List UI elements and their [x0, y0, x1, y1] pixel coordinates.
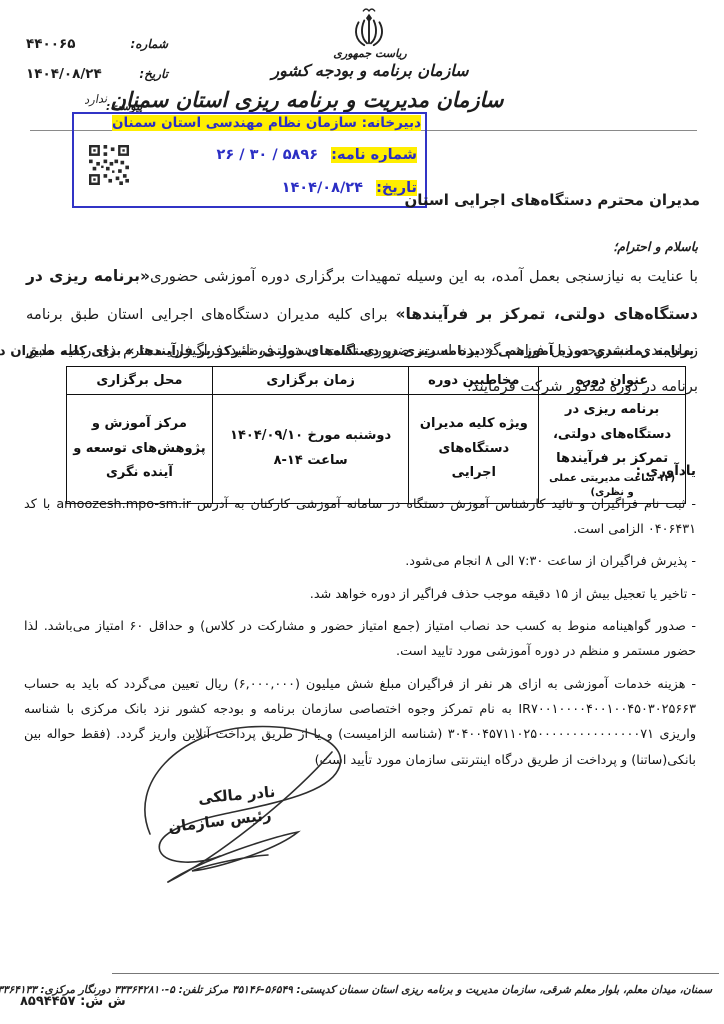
qr-code-icon: [89, 145, 129, 185]
schedule-header-row: عنوان دوره مخاطبین دوره زمان برگزاری محل…: [67, 367, 686, 395]
stamp-date-row: تاریخ: ۱۴۰۴/۰۸/۲۴: [282, 180, 417, 196]
footer-divider: [112, 973, 719, 974]
reminder-item: - پذیرش فراگیران از ساعت ۷:۳۰ الی ۸ انجا…: [24, 549, 696, 574]
col-audience: مخاطبین دوره: [409, 367, 539, 395]
org-country-title: سازمان برنامه و بودجه کشور: [250, 61, 490, 80]
col-course-title: عنوان دوره: [539, 367, 686, 395]
footer-tracking-number: ش ش: ۸۵۹۴۴۵۷: [20, 994, 126, 1009]
attachment-value-handwritten: ندارد: [84, 91, 108, 107]
stamp-letter-number-row: شماره نامه: ۵۸۹۶ / ۳۰ / ۲۶: [216, 147, 417, 163]
reminder-title: یادآوری :: [24, 458, 696, 485]
letter-number-label: شماره:: [130, 37, 168, 51]
secretariat-stamp: دبیرخانه: سازمان نظام مهندسی استان سمنان…: [72, 112, 427, 208]
col-time: زمان برگزاری: [212, 367, 409, 395]
stamp-secretariat-line: دبیرخانه: سازمان نظام مهندسی استان سمنان: [112, 115, 421, 131]
salutation: باسلام و احترام؛: [613, 239, 698, 254]
col-location: محل برگزاری: [67, 367, 213, 395]
presidency-label: ریاست جمهوری: [300, 47, 440, 60]
official-letter-page: ریاست جمهوری سازمان برنامه و بودجه کشور …: [0, 0, 724, 1024]
iran-emblem-icon: [350, 8, 388, 50]
stamp-letter-number-value: ۵۸۹۶ / ۳۰ / ۲۶: [216, 147, 318, 163]
schedule-caption: برنامه زمانبندی دوره آموزشی « برنامه ریز…: [0, 344, 694, 359]
stamp-date-value: ۱۴۰۴/۰۸/۲۴: [282, 180, 363, 196]
letter-date-value: ۱۴۰۴/۰۸/۲۴: [26, 66, 102, 82]
letter-date-label: تاریخ:: [139, 67, 168, 81]
letter-number-row: شماره: ۴۴۰۰۶۵: [26, 36, 168, 52]
body-intro: با عنایت به نیازسنجی بعمل آمده، به این و…: [150, 268, 698, 285]
reminder-item: - تاخیر یا تعجیل بیش از ۱۵ دقیقه موجب حذ…: [24, 582, 696, 607]
letter-number-value: ۴۴۰۰۶۵: [26, 36, 75, 52]
letter-date-row: تاریخ: ۱۴۰۴/۰۸/۲۴: [26, 66, 168, 82]
reminder-item: - ثبت نام فراگیران و تائید کارشناس آموزش…: [24, 492, 696, 543]
stamp-letter-number-label: شماره نامه:: [331, 147, 417, 163]
footer-address: سمنان، میدان معلم، بلوار معلم شرقی، سازم…: [126, 984, 712, 996]
reminder-item: - صدور گواهینامه منوط به کسب حد نصاب امت…: [24, 614, 696, 665]
signature-block: نادر مالکی رئیس سازمان: [120, 726, 390, 896]
recipient-line: مدیران محترم دستگاه‌های اجرایی استان: [404, 191, 700, 209]
org-province-title: سازمان مدیریت و برنامه ریزی استان سمنان: [97, 88, 517, 112]
signature-icon: [120, 716, 390, 896]
